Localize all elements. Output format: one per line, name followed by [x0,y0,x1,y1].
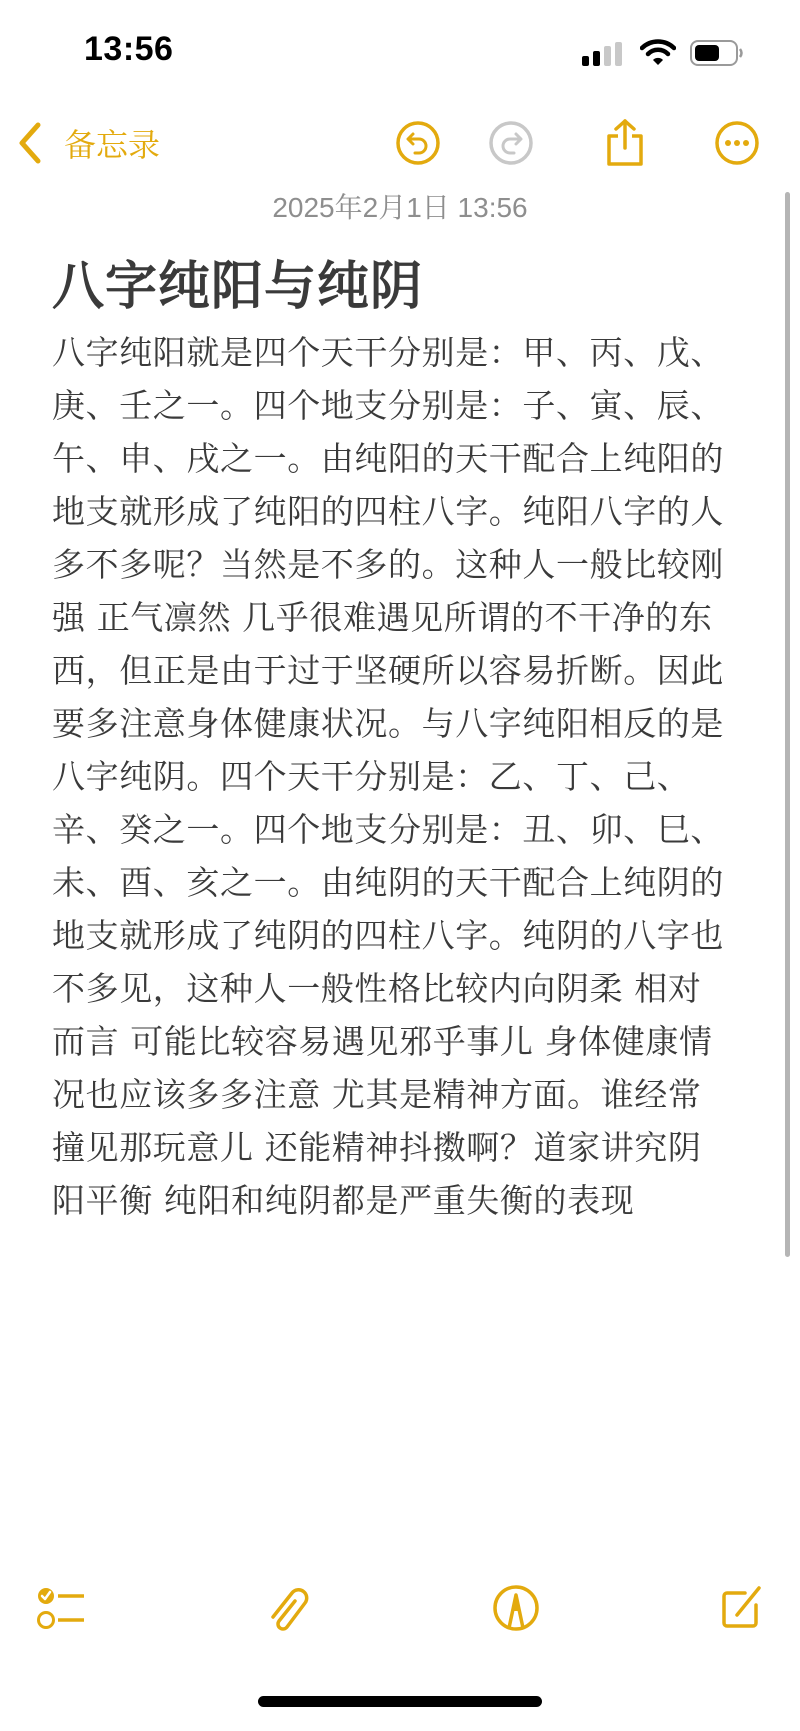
compose-button[interactable] [712,1578,772,1638]
note-line: 要多注意身体健康状况。与八字纯阳相反的是 [52,697,752,750]
bottom-toolbar [0,1578,800,1638]
more-icon [714,120,760,166]
markup-pen-icon [491,1583,541,1633]
note-body[interactable]: 八字纯阳就是四个天干分别是：甲、丙、戊、 庚、壬之一。四个地支分别是：子、寅、辰… [52,326,752,1227]
navigation-bar: 备忘录 [0,110,800,176]
compose-icon [717,1583,767,1633]
back-label: 备忘录 [64,120,160,166]
note-line: 八字纯阳就是四个天干分别是：甲、丙、戊、 [52,326,752,379]
note-line: 辛、癸之一。四个地支分别是：丑、卯、巳、 [52,803,752,856]
battery-icon [690,40,744,66]
note-line: 多不多呢？当然是不多的。这种人一般比较刚 [52,538,752,591]
note-line: 西，但正是由于过于坚硬所以容易折断。因此 [52,644,752,697]
note-line: 不多见，这种人一般性格比较内向阴柔 相对 [52,962,752,1015]
redo-icon [488,120,534,166]
note-title[interactable]: 八字纯阳与纯阴 [52,244,423,319]
note-line: 午、申、戌之一。由纯阳的天干配合上纯阳的 [52,432,752,485]
note-line: 地支就形成了纯阳的四柱八字。纯阳八字的人 [52,485,752,538]
home-indicator[interactable] [258,1696,542,1707]
back-button[interactable]: 备忘录 [16,118,160,168]
share-button[interactable] [600,118,650,168]
more-button[interactable] [712,118,762,168]
redo-button[interactable] [486,118,536,168]
note-line: 未、酉、亥之一。由纯阴的天干配合上纯阴的 [52,856,752,909]
wifi-icon [640,38,676,66]
status-time: 13:56 [84,30,173,69]
note-line: 撞见那玩意儿 还能精神抖擞啊？道家讲究阴 [52,1121,752,1174]
undo-icon [395,120,441,166]
share-icon [603,118,647,168]
checklist-icon [36,1584,88,1632]
cellular-signal-icon [582,42,626,66]
checklist-button[interactable] [32,1578,92,1638]
scrollbar[interactable] [785,192,790,1257]
markup-button[interactable] [486,1578,546,1638]
note-line: 八字纯阴。四个天干分别是：乙、丁、己、 [52,750,752,803]
undo-button[interactable] [393,118,443,168]
status-bar: 13:56 [0,0,800,100]
note-line: 阳平衡 纯阳和纯阴都是严重失衡的表现 [52,1174,752,1227]
note-line: 况也应该多多注意 尤其是精神方面。谁经常 [52,1068,752,1121]
note-line: 而言 可能比较容易遇见邪乎事儿 身体健康情 [52,1015,752,1068]
note-line: 地支就形成了纯阴的四柱八字。纯阴的八字也 [52,909,752,962]
attachment-button[interactable] [260,1578,320,1638]
paperclip-icon [265,1583,315,1633]
chevron-left-icon [16,121,44,165]
note-line: 强 正气凛然 几乎很难遇见所谓的不干净的东 [52,591,752,644]
note-date: 2025年2月1日 13:56 [0,186,800,226]
note-line: 庚、壬之一。四个地支分别是：子、寅、辰、 [52,379,752,432]
